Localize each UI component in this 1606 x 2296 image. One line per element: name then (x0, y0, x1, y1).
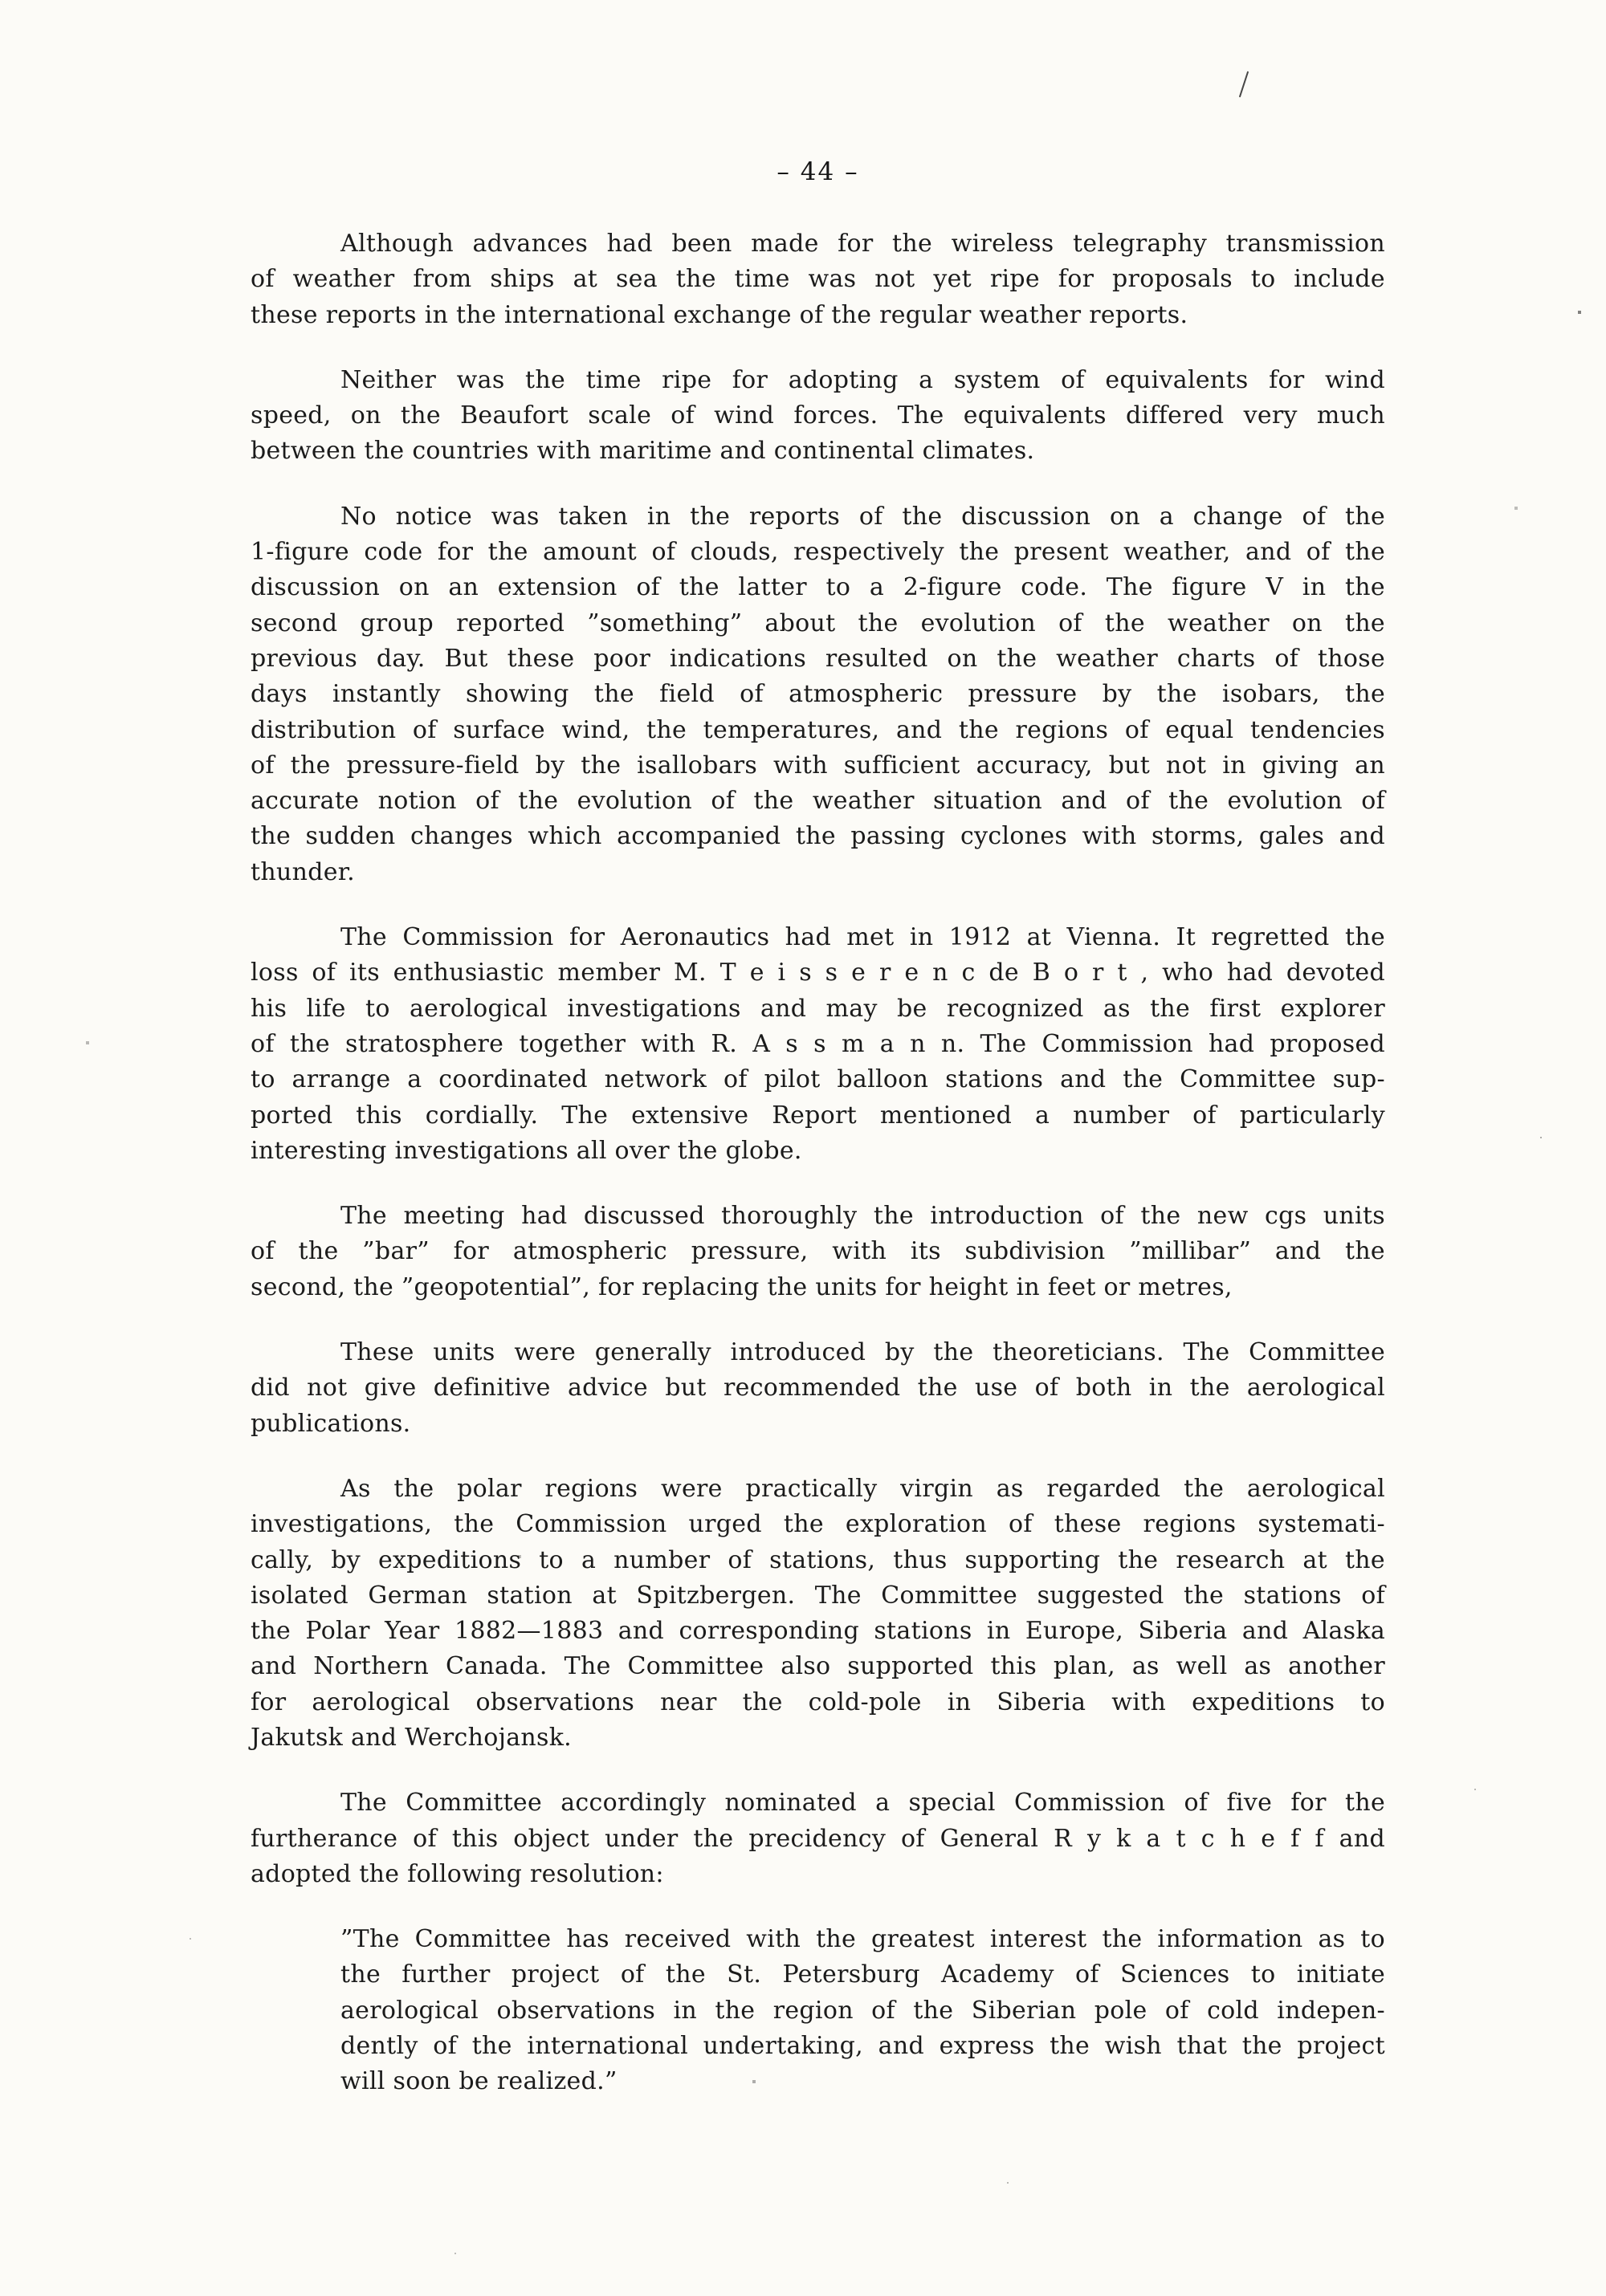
text-line: and Northern Canada. The Committee also … (251, 1649, 1385, 1684)
text-line: These units were generally introduced by… (251, 1335, 1385, 1370)
text-line: ”The Committee has received with the gre… (340, 1922, 1385, 1957)
body-paragraph: Neither was the time ripe for adopting a… (251, 363, 1385, 470)
text-line: interesting investigations all over the … (251, 1134, 1385, 1169)
body-paragraph: The meeting had discussed thoroughly the… (251, 1199, 1385, 1305)
scan-artifact-slash (1239, 71, 1249, 98)
text-line: second group reported ”something” about … (251, 606, 1385, 641)
text-line: will soon be realized.” (340, 2064, 1385, 2099)
text-line: of the pressure-field by the isallobars … (251, 748, 1385, 784)
text-line: for aerological observations near the co… (251, 1685, 1385, 1720)
text-line: thunder. (251, 855, 1385, 890)
text-line: second, the ”geopotential”, for replacin… (251, 1270, 1385, 1305)
text-line: these reports in the international excha… (251, 298, 1385, 333)
text-line: publications. (251, 1407, 1385, 1442)
scan-speckles (0, 0, 2, 2)
text-line: distribution of surface wind, the temper… (251, 713, 1385, 748)
text-line: days instantly showing the field of atmo… (251, 677, 1385, 712)
text-line: the Polar Year 1882—1883 and correspondi… (251, 1614, 1385, 1649)
text-line: Jakutsk and Werchojansk. (251, 1720, 1385, 1756)
quoted-resolution-paragraph: ”The Committee has received with the gre… (340, 1922, 1385, 2099)
body-paragraph: Although advances had been made for the … (251, 226, 1385, 333)
body-paragraph: As the polar regions were practically vi… (251, 1472, 1385, 1756)
text-line: accurate notion of the evolution of the … (251, 784, 1385, 819)
text-line: aerological observations in the region o… (340, 1993, 1385, 2029)
body-paragraph: These units were generally introduced by… (251, 1335, 1385, 1442)
text-line: loss of its enthusiastic member M. T e i… (251, 955, 1385, 991)
page-body: Although advances had been made for the … (251, 226, 1385, 2130)
text-line: the further project of the St. Petersbur… (340, 1957, 1385, 1993)
text-line: to arrange a coordinated network of pilo… (251, 1062, 1385, 1097)
text-line: speed, on the Beaufort scale of wind for… (251, 398, 1385, 434)
body-paragraph: The Committee accordingly nominated a sp… (251, 1785, 1385, 1892)
text-line: 1-figure code for the amount of clouds, … (251, 535, 1385, 570)
text-line: dently of the international undertaking,… (340, 2029, 1385, 2064)
text-line: of the stratosphere together with R. A s… (251, 1027, 1385, 1062)
text-line: between the countries with maritime and … (251, 434, 1385, 469)
body-paragraph: The Commission for Aeronautics had met i… (251, 920, 1385, 1169)
text-line: investigations, the Commission urged the… (251, 1507, 1385, 1542)
text-line: his life to aerological investigations a… (251, 991, 1385, 1027)
text-line: discussion on an extension of the latter… (251, 570, 1385, 605)
text-line: did not give definitive advice but recom… (251, 1370, 1385, 1406)
text-line: of the ”bar” for atmospheric pressure, w… (251, 1234, 1385, 1269)
body-paragraph: No notice was taken in the reports of th… (251, 499, 1385, 890)
text-line: the sudden changes which accompanied the… (251, 819, 1385, 854)
text-line: The meeting had discussed thoroughly the… (251, 1199, 1385, 1234)
text-line: The Commission for Aeronautics had met i… (251, 920, 1385, 955)
text-line: ported this cordially. The extensive Rep… (251, 1098, 1385, 1134)
text-line: adopted the following resolution: (251, 1857, 1385, 1892)
text-line: furtherance of this object under the pre… (251, 1822, 1385, 1857)
text-line: previous day. But these poor indications… (251, 641, 1385, 677)
scanned-document-page: – 44 – Although advances had been made f… (0, 0, 1606, 2296)
text-line: Neither was the time ripe for adopting a… (251, 363, 1385, 398)
text-line: No notice was taken in the reports of th… (251, 499, 1385, 535)
text-line: isolated German station at Spitzbergen. … (251, 1578, 1385, 1614)
text-line: Although advances had been made for the … (251, 226, 1385, 262)
text-line: cally, by expeditions to a number of sta… (251, 1543, 1385, 1578)
page-number: – 44 – (251, 157, 1385, 186)
text-line: of weather from ships at sea the time wa… (251, 262, 1385, 297)
text-line: As the polar regions were practically vi… (251, 1472, 1385, 1507)
text-line: The Committee accordingly nominated a sp… (251, 1785, 1385, 1821)
